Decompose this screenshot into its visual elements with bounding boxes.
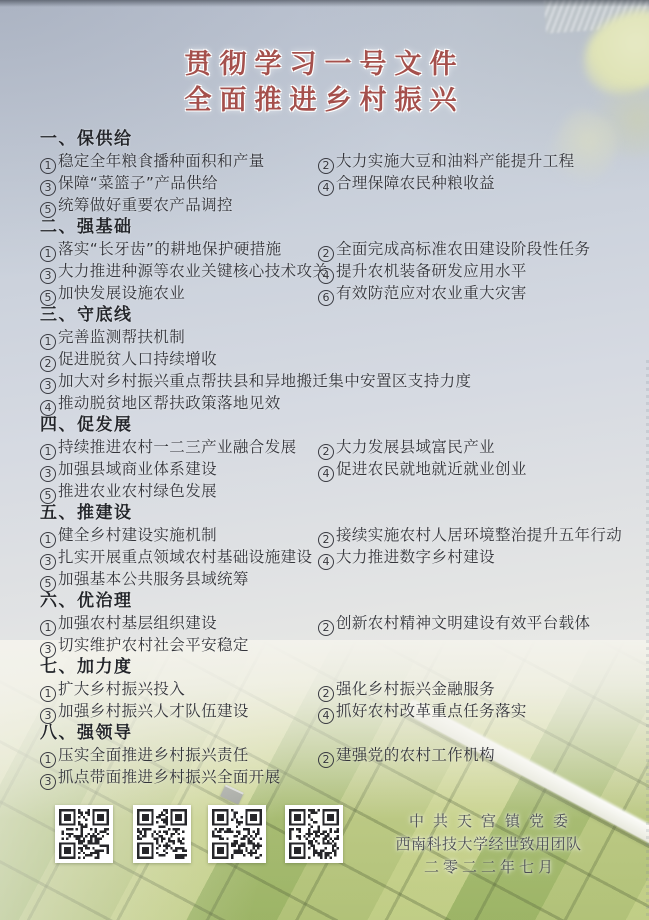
item-text: 扩大乡村振兴投入: [58, 680, 185, 698]
item-row: 2促进脱贫人口持续增收: [40, 348, 625, 370]
item-text: 稳定全年粮食播种面积和产量: [58, 152, 265, 170]
item-row: 1持续推进农村一二三产业融合发展2大力发展县域富民产业: [40, 436, 625, 458]
item-row: 1落实“长牙齿”的耕地保护硬措施2全面完成高标准农田建设阶段性任务: [40, 238, 625, 260]
photo-top-edge: [0, 0, 649, 7]
item-text: 推进农业农村绿色发展: [58, 482, 217, 500]
section-header: 二、强基础: [40, 216, 625, 238]
list-item: 4合理保障农民种粮收益: [318, 172, 495, 196]
item-text: 加大对乡村振兴重点帮扶县和异地搬迁集中安置区支持力度: [58, 372, 471, 390]
list-item: 3加强乡村振兴人才队伍建设: [40, 700, 249, 724]
list-item: 1稳定全年粮食播种面积和产量: [40, 150, 265, 174]
section-header: 六、优治理: [40, 590, 625, 612]
list-item: 4抓好农村改革重点任务落实: [318, 700, 527, 724]
item-row: 5统筹做好重要农产品调控: [40, 194, 625, 216]
item-row: 3切实维护农村社会平安稳定: [40, 634, 625, 656]
list-item: 2建强党的农村工作机构: [318, 744, 495, 768]
list-item: 4提升农机装备研发应用水平: [318, 260, 527, 284]
poster-title: 贯彻学习一号文件 全面推进乡村振兴: [0, 47, 649, 119]
item-text: 强化乡村振兴金融服务: [336, 680, 495, 698]
item-text: 建强党的农村工作机构: [336, 746, 495, 764]
circled-number: 3: [40, 708, 56, 724]
attribution-org-2: 西南科技大学经世致用团队: [386, 833, 591, 856]
item-text: 加强乡村振兴人才队伍建设: [58, 702, 249, 720]
list-item: 2大力发展县域富民产业: [318, 436, 495, 460]
item-row: 1扩大乡村振兴投入2强化乡村振兴金融服务: [40, 678, 625, 700]
qr-code: [285, 805, 343, 863]
list-item: 2创新农村精神文明建设有效平台载体: [318, 612, 590, 636]
qr-code: [55, 805, 113, 863]
circled-number: 5: [40, 202, 56, 218]
item-row: 3保障“菜篮子”产品供给4合理保障农民种粮收益: [40, 172, 625, 194]
item-row: 3加大对乡村振兴重点帮扶县和异地搬迁集中安置区支持力度: [40, 370, 625, 392]
qr-code: [133, 805, 191, 863]
circled-number: 4: [40, 400, 56, 416]
item-row: 1稳定全年粮食播种面积和产量2大力实施大豆和油料产能提升工程: [40, 150, 625, 172]
item-text: 促进脱贫人口持续增收: [58, 350, 217, 368]
item-row: 4推动脱贫地区帮扶政策落地见效: [40, 392, 625, 414]
list-item: 2促进脱贫人口持续增收: [40, 348, 217, 372]
list-item: 2强化乡村振兴金融服务: [318, 678, 495, 702]
circled-number: 5: [40, 290, 56, 306]
list-item: 2全面完成高标准农田建设阶段性任务: [318, 238, 590, 262]
attribution-date: 二零二二年七月: [386, 856, 595, 879]
list-item: 3扎实开展重点领域农村基础设施建设: [40, 546, 312, 570]
list-item: 4推动脱贫地区帮扶政策落地见效: [40, 392, 281, 416]
item-row: 1健全乡村建设实施机制2接续实施农村人居环境整治提升五年行动: [40, 524, 625, 546]
item-row: 1加强农村基层组织建设2创新农村精神文明建设有效平台载体: [40, 612, 625, 634]
item-text: 保障“菜篮子”产品供给: [58, 174, 218, 192]
circled-number: 3: [40, 774, 56, 790]
item-row: 3加强县域商业体系建设4促进农民就地就近就业创业: [40, 458, 625, 480]
item-text: 大力实施大豆和油料产能提升工程: [336, 152, 575, 170]
list-item: 1持续推进农村一二三产业融合发展: [40, 436, 297, 460]
item-text: 统筹做好重要农产品调控: [58, 196, 233, 214]
list-item: 5加强基本公共服务县域统筹: [40, 568, 249, 592]
section-header: 七、加力度: [40, 656, 625, 678]
list-item: 2接续实施农村人居环境整治提升五年行动: [318, 524, 622, 548]
item-text: 压实全面推进乡村振兴责任: [58, 746, 249, 764]
title-line-1: 贯彻学习一号文件: [0, 47, 649, 83]
item-text: 落实“长牙齿”的耕地保护硬措施: [58, 240, 282, 258]
section-header: 一、保供给: [40, 128, 625, 150]
item-row: 5加快发展设施农业6有效防范应对农业重大灾害: [40, 282, 625, 304]
section-header: 三、守底线: [40, 304, 625, 326]
item-row: 3抓点带面推进乡村振兴全面开展: [40, 766, 625, 788]
item-text: 大力推进数字乡村建设: [336, 548, 495, 566]
item-text: 合理保障农民种粮收益: [336, 174, 495, 192]
list-item: 4大力推进数字乡村建设: [318, 546, 495, 570]
title-line-2: 全面推进乡村振兴: [0, 83, 649, 119]
list-item: 3抓点带面推进乡村振兴全面开展: [40, 766, 281, 790]
list-item: 1压实全面推进乡村振兴责任: [40, 744, 249, 768]
item-row: 3扎实开展重点领域农村基础设施建设4大力推进数字乡村建设: [40, 546, 625, 568]
list-item: 3加强县域商业体系建设: [40, 458, 217, 482]
item-text: 大力发展县域富民产业: [336, 438, 495, 456]
circled-number: 3: [40, 642, 56, 658]
circled-number: 5: [40, 576, 56, 592]
poster-photo: 贯彻学习一号文件 全面推进乡村振兴 一、保供给1稳定全年粮食播种面积和产量2大力…: [0, 0, 649, 920]
item-text: 促进农民就地就近就业创业: [336, 460, 527, 478]
item-row: 3加强乡村振兴人才队伍建设4抓好农村改革重点任务落实: [40, 700, 625, 722]
item-text: 全面完成高标准农田建设阶段性任务: [336, 240, 590, 258]
list-item: 5统筹做好重要农产品调控: [40, 194, 233, 218]
list-item: 3加大对乡村振兴重点帮扶县和异地搬迁集中安置区支持力度: [40, 370, 471, 394]
list-item: 3大力推进种源等农业关键核心技术攻关: [40, 260, 328, 284]
item-text: 切实维护农村社会平安稳定: [58, 636, 249, 654]
item-text: 提升农机装备研发应用水平: [336, 262, 527, 280]
item-text: 抓点带面推进乡村振兴全面开展: [58, 768, 281, 786]
list-item: 5加快发展设施农业: [40, 282, 185, 306]
item-text: 有效防范应对农业重大灾害: [336, 284, 527, 302]
list-item: 4促进农民就地就近就业创业: [318, 458, 527, 482]
section-header: 八、强领导: [40, 722, 625, 744]
item-text: 加强农村基层组织建设: [58, 614, 217, 632]
list-item: 5推进农业农村绿色发展: [40, 480, 217, 504]
item-text: 大力推进种源等农业关键核心技术攻关: [58, 262, 328, 280]
item-text: 加快发展设施农业: [58, 284, 185, 302]
item-text: 健全乡村建设实施机制: [58, 526, 217, 544]
item-text: 扎实开展重点领域农村基础设施建设: [58, 548, 312, 566]
attribution-org-1: 中共天宫镇党委: [386, 810, 600, 833]
list-item: 2大力实施大豆和油料产能提升工程: [318, 150, 575, 174]
circled-number: 5: [40, 488, 56, 504]
item-row: 5推进农业农村绿色发展: [40, 480, 625, 502]
item-row: 1完善监测帮扶机制: [40, 326, 625, 348]
item-text: 持续推进农村一二三产业融合发展: [58, 438, 297, 456]
item-text: 加强基本公共服务县域统筹: [58, 570, 249, 588]
list-item: 6有效防范应对农业重大灾害: [318, 282, 527, 306]
item-text: 接续实施农村人居环境整治提升五年行动: [336, 526, 622, 544]
item-text: 抓好农村改革重点任务落实: [336, 702, 527, 720]
item-row: 3大力推进种源等农业关键核心技术攻关4提升农机装备研发应用水平: [40, 260, 625, 282]
item-text: 推动脱贫地区帮扶政策落地见效: [58, 394, 281, 412]
list-item: 1完善监测帮扶机制: [40, 326, 185, 350]
list-item: 1扩大乡村振兴投入: [40, 678, 185, 702]
attribution: 中共天宫镇党委 西南科技大学经世致用团队 二零二二年七月: [386, 810, 591, 879]
list-item: 3保障“菜篮子”产品供给: [40, 172, 218, 196]
item-row: 5加强基本公共服务县域统筹: [40, 568, 625, 590]
item-text: 加强县域商业体系建设: [58, 460, 217, 478]
item-text: 创新农村精神文明建设有效平台载体: [336, 614, 590, 632]
list-item: 1落实“长牙齿”的耕地保护硬措施: [40, 238, 282, 262]
section-header: 五、推建设: [40, 502, 625, 524]
sections: 一、保供给1稳定全年粮食播种面积和产量2大力实施大豆和油料产能提升工程3保障“菜…: [40, 128, 625, 788]
section-header: 四、促发展: [40, 414, 625, 436]
item-text: 完善监测帮扶机制: [58, 328, 185, 346]
circled-number: 4: [318, 708, 334, 724]
list-item: 3切实维护农村社会平安稳定: [40, 634, 249, 658]
circled-number: 6: [318, 290, 334, 306]
item-row: 1压实全面推进乡村振兴责任2建强党的农村工作机构: [40, 744, 625, 766]
qr-code: [208, 805, 266, 863]
list-item: 1加强农村基层组织建设: [40, 612, 217, 636]
list-item: 1健全乡村建设实施机制: [40, 524, 217, 548]
